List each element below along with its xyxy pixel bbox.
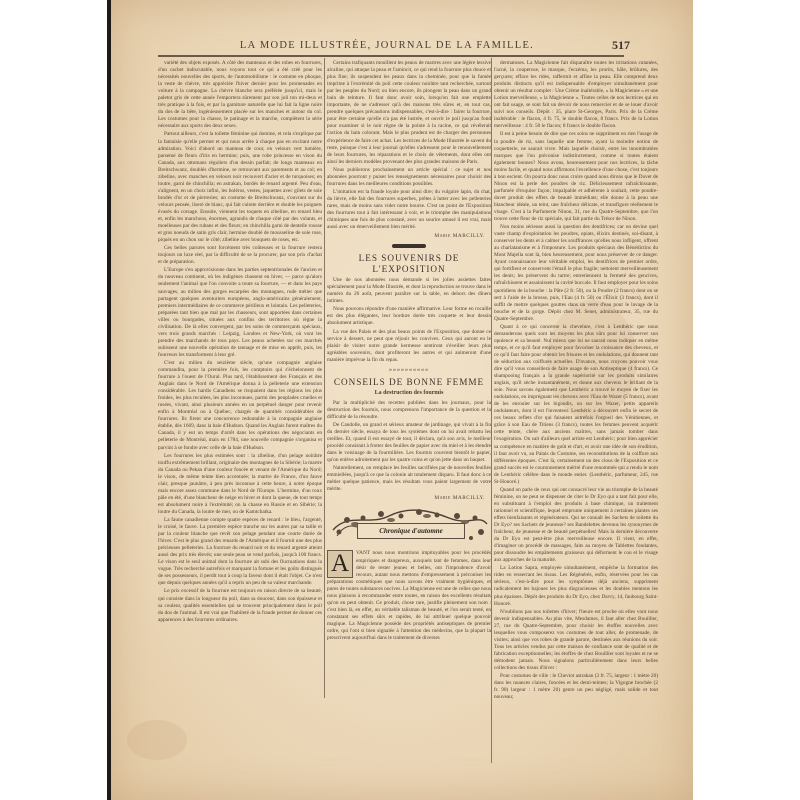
dropcap-initial: A <box>327 550 353 578</box>
ornament-divider: »»»»»««««« <box>327 367 491 374</box>
paragraph: Une de nos abonnées nous demande si les … <box>327 277 491 305</box>
running-head: LA MODE ILLUSTRÉE, JOURNAL DE LA FAMILLE… <box>157 40 617 51</box>
column-rule <box>324 58 325 698</box>
section-title-conseils: CONSEILS DE BONNE FEMME <box>327 377 491 388</box>
paragraph: Nous pouvons répondre d'une manière affi… <box>327 306 491 327</box>
column-middle: Certains trafiquants mouillent les peaux… <box>327 60 491 740</box>
paragraph: Quant à ce qui concerne la chevelure, c'… <box>494 324 658 486</box>
paragraph: Ces belles parures sont forcément très c… <box>158 245 322 266</box>
ornament-divider <box>392 244 426 248</box>
paragraph: Non moins sérieuse aussi la question des… <box>494 224 658 323</box>
paragraph: Les fourrures les plus estimées sont : l… <box>158 453 322 516</box>
paragraph: La vue des Palais et des plus beaux poin… <box>327 329 491 364</box>
column-left: variété des objets exposés. A côté des m… <box>158 60 322 700</box>
author-signature: Marie MARCILLY. <box>327 495 485 502</box>
paragraph: La Lotion Sapra, employée simultanément,… <box>494 565 658 607</box>
paragraph: N'oublions pas nos toilettes d'hiver; l'… <box>494 609 658 672</box>
section-subtitle: La destruction des fourmis <box>327 390 491 397</box>
paper-stain <box>127 720 187 760</box>
paragraph: Partout ailleurs, c'est la toilette fémi… <box>158 131 322 244</box>
paragraph: Pour costumes de ville : le Cheviot astr… <box>494 673 658 701</box>
scan-edge-shadow <box>107 0 111 800</box>
paragraph: Par la multiplicité des recettes publiée… <box>327 400 491 421</box>
page-number: 517 <box>612 38 630 53</box>
chronique-banner: Chronique d'automne <box>329 506 489 546</box>
column-rule <box>491 58 492 763</box>
paragraph: La faune canadienne compte quatre espèce… <box>158 517 322 587</box>
paragraph: L'imitation est la fraude loyale pour ai… <box>327 189 491 231</box>
chronique-body: A VANT nous nous montrions impitoyables … <box>327 550 491 642</box>
paragraph: variété des objets exposés. A côté des m… <box>158 60 322 130</box>
author-signature: Marie MARCILLY. <box>327 233 485 240</box>
paragraph: Certains trafiquants mouillent les peaux… <box>327 60 491 166</box>
section-title-souvenirs: LES SOUVENIRS DE L'EXPOSITION <box>327 253 491 275</box>
paragraph: Quand on parle de ceux qui ont consacré … <box>494 487 658 565</box>
paragraph: Nous publierons prochainement un article… <box>327 167 491 188</box>
paragraph: L'Europe s'en approvisionne dans les par… <box>158 267 322 359</box>
paragraph: Le prix excessif de la fourrure est touj… <box>158 588 322 623</box>
paragraph: De Candolle, un grand et sérieux amateur… <box>327 422 491 464</box>
paragraph: Il est à peine besoin de dire que ces so… <box>494 131 658 223</box>
paragraph: C'est au milieu du seizième siècle, qu'u… <box>158 360 322 452</box>
column-right: dermatoses. La Magicienne fait disparaît… <box>494 60 658 710</box>
chronique-title: Chronique d'automne <box>357 523 465 539</box>
paragraph: Naturellement, on remplace les feuilles … <box>327 465 491 493</box>
header-rule <box>158 55 624 57</box>
paragraph: dermatoses. La Magicienne fait disparaît… <box>494 60 658 130</box>
